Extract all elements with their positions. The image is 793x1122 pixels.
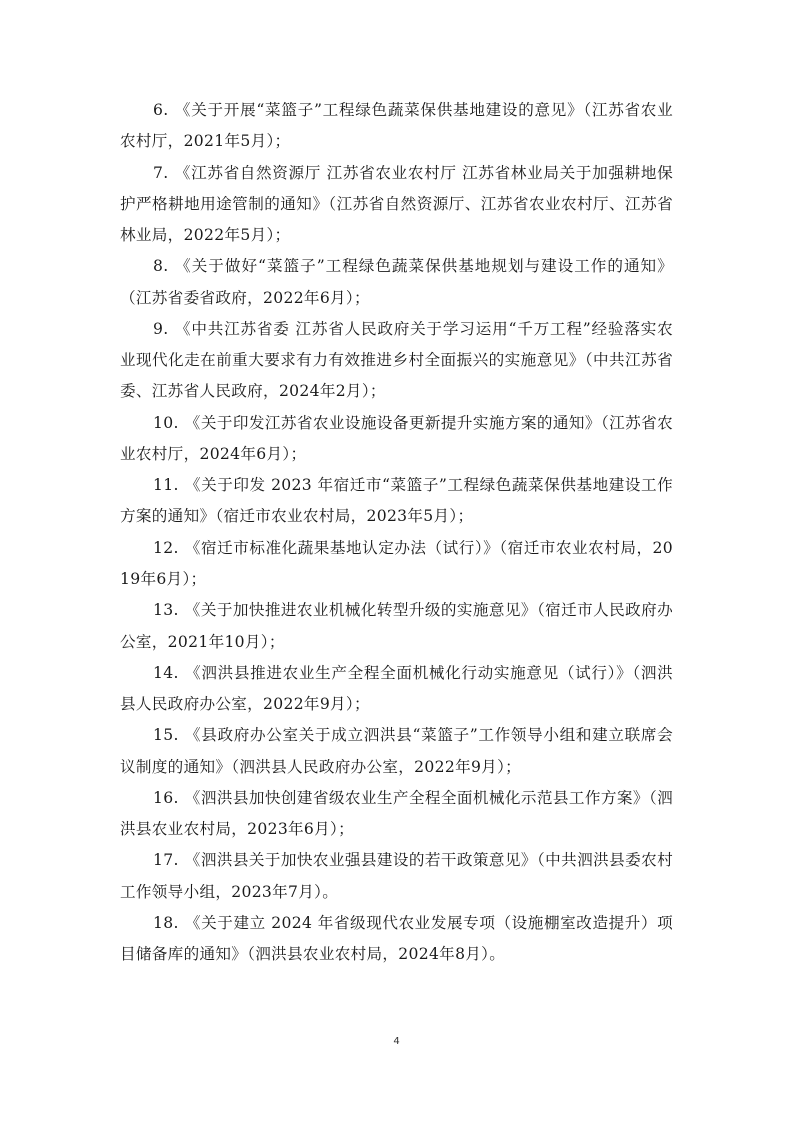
reference-number: 12. (153, 539, 179, 557)
reference-item-9: 9.《中共江苏省委 江苏省人民政府关于学习运用“千万工程”经验落实农业现代化走在… (120, 314, 673, 408)
reference-item-14: 14.《泗洪县推进农业生产全程全面机械化行动实施意见（试行）》（泗洪县人民政府办… (120, 658, 673, 721)
reference-item-12: 12.《宿迁市标准化蔬果基地认定办法（试行）》（宿迁市农业农村局，2019年6月… (120, 533, 673, 596)
reference-number: 8. (153, 257, 168, 275)
reference-item-8: 8.《关于做好“菜篮子”工程绿色蔬菜保供基地规划与建设工作的通知》（江苏省委省政… (120, 251, 673, 314)
reference-number: 17. (153, 851, 179, 869)
reference-item-7: 7.《江苏省自然资源厅 江苏省农业农村厅 江苏省林业局关于加强耕地保护严格耕地用… (120, 158, 673, 252)
reference-number: 11. (153, 476, 179, 494)
reference-text: 《关于印发江苏省农业设施设备更新提升实施方案的通知》（江苏省农业农村厅，2024… (120, 414, 673, 463)
reference-item-15: 15.《县政府办公室关于成立泗洪县“菜篮子”工作领导小组和建立联席会议制度的通知… (120, 720, 673, 783)
reference-text: 《江苏省自然资源厅 江苏省农业农村厅 江苏省林业局关于加强耕地保护严格耕地用途管… (120, 164, 673, 245)
reference-item-18: 18.《关于建立 2024 年省级现代农业发展专项（设施棚室改造提升）项目储备库… (120, 908, 673, 971)
reference-number: 6. (153, 101, 168, 119)
reference-text: 《泗洪县关于加快农业强县建设的若干政策意见》（中共泗洪县委农村工作领导小组，20… (120, 851, 673, 900)
reference-number: 14. (153, 664, 179, 682)
reference-number: 10. (153, 414, 179, 432)
reference-item-13: 13.《关于加快推进农业机械化转型升级的实施意见》（宿迁市人民政府办公室，202… (120, 595, 673, 658)
reference-number: 7. (153, 164, 168, 182)
reference-text: 《宿迁市标准化蔬果基地认定办法（试行）》（宿迁市农业农村局，2019年6月）； (120, 539, 673, 588)
reference-text: 《关于印发 2023 年宿迁市“菜篮子”工程绿色蔬菜保供基地建设工作方案的通知》… (120, 476, 673, 525)
reference-list: 6.《关于开展“菜篮子”工程绿色蔬菜保供基地建设的意见》（江苏省农业农村厅，20… (120, 95, 673, 970)
reference-text: 《关于做好“菜篮子”工程绿色蔬菜保供基地规划与建设工作的通知》（江苏省委省政府，… (120, 257, 673, 306)
reference-text: 《关于开展“菜篮子”工程绿色蔬菜保供基地建设的意见》（江苏省农业农村厅，2021… (120, 101, 673, 150)
reference-text: 《关于加快推进农业机械化转型升级的实施意见》（宿迁市人民政府办公室，2021年1… (120, 601, 673, 650)
reference-text: 《中共江苏省委 江苏省人民政府关于学习运用“千万工程”经验落实农业现代化走在前重… (120, 320, 673, 401)
reference-number: 18. (153, 914, 179, 932)
reference-text: 《关于建立 2024 年省级现代农业发展专项（设施棚室改造提升）项目储备库的通知… (120, 914, 673, 963)
reference-item-11: 11.《关于印发 2023 年宿迁市“菜篮子”工程绿色蔬菜保供基地建设工作方案的… (120, 470, 673, 533)
reference-text: 《泗洪县推进农业生产全程全面机械化行动实施意见（试行）》（泗洪县人民政府办公室，… (120, 664, 673, 713)
reference-number: 13. (153, 601, 179, 619)
reference-item-17: 17.《泗洪县关于加快农业强县建设的若干政策意见》（中共泗洪县委农村工作领导小组… (120, 845, 673, 908)
reference-number: 16. (153, 789, 179, 807)
reference-number: 9. (153, 320, 168, 338)
reference-item-16: 16.《泗洪县加快创建省级农业生产全程全面机械化示范县工作方案》（泗洪县农业农村… (120, 783, 673, 846)
reference-text: 《泗洪县加快创建省级农业生产全程全面机械化示范县工作方案》（泗洪县农业农村局，2… (120, 789, 673, 838)
reference-number: 15. (153, 726, 179, 744)
reference-text: 《县政府办公室关于成立泗洪县“菜篮子”工作领导小组和建立联席会议制度的通知》（泗… (120, 726, 673, 775)
page-number: 4 (0, 1036, 793, 1047)
reference-item-10: 10.《关于印发江苏省农业设施设备更新提升实施方案的通知》（江苏省农业农村厅，2… (120, 408, 673, 471)
reference-item-6: 6.《关于开展“菜篮子”工程绿色蔬菜保供基地建设的意见》（江苏省农业农村厅，20… (120, 95, 673, 158)
